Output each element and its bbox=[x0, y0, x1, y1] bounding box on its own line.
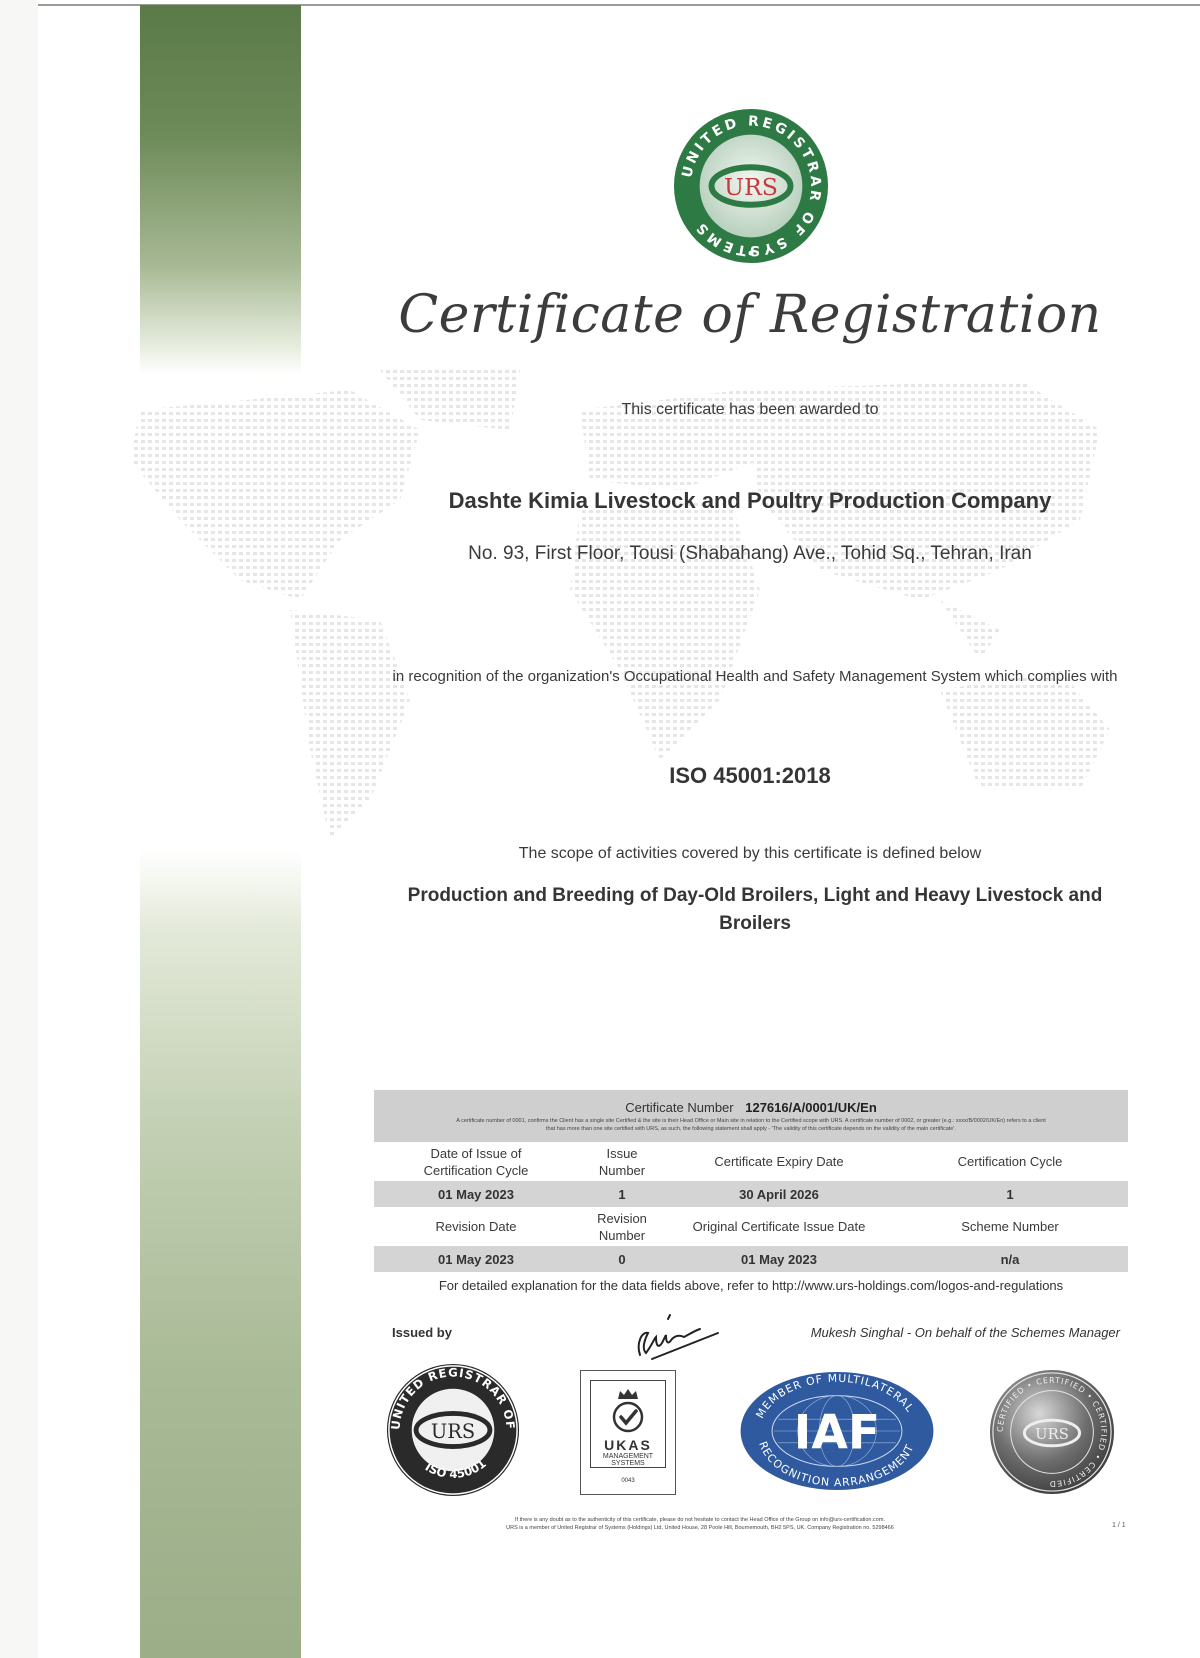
footer-text: If there is any doubt as to the authenti… bbox=[440, 1516, 960, 1532]
label-scheme-number: Scheme Number bbox=[892, 1207, 1128, 1246]
label-certification-cycle: Certification Cycle bbox=[892, 1142, 1128, 1181]
ukas-line2: SYSTEMS bbox=[580, 1460, 676, 1467]
value-scheme-number: n/a bbox=[892, 1246, 1128, 1272]
issued-by-label: Issued by bbox=[392, 1325, 452, 1340]
signature-image bbox=[622, 1305, 722, 1365]
label-expiry-date: Certificate Expiry Date bbox=[666, 1142, 892, 1181]
details-grid: Date of Issue of Certification Cycle Iss… bbox=[374, 1142, 1128, 1272]
certificate-number-note: A certificate number of 0001, confirms t… bbox=[374, 1117, 1128, 1133]
value-expiry-date: 30 April 2026 bbox=[666, 1181, 892, 1207]
certificate-number-bar: Certificate Number 127616/A/0001/UK/En A… bbox=[374, 1090, 1128, 1142]
explanation-text: For detailed explanation for the data fi… bbox=[374, 1278, 1128, 1293]
svg-text:URS: URS bbox=[724, 173, 778, 201]
green-band-bottom bbox=[140, 850, 301, 1658]
certificate-title: Certificate of Registration bbox=[360, 285, 1140, 345]
label-issue-number: Issue Number bbox=[578, 1142, 666, 1181]
scope-text: Production and Breeding of Day-Old Broil… bbox=[400, 882, 1110, 938]
scan-margin bbox=[0, 0, 38, 1658]
awarded-to-intro: This certificate has been awarded to bbox=[360, 401, 1140, 419]
ukas-logo: UKAS MANAGEMENT SYSTEMS 0043 bbox=[580, 1370, 676, 1495]
value-revision-number: 0 bbox=[578, 1246, 666, 1272]
urs-iso45001-logo: UNITED REGISTRAR OF SYSTEMS ISO 45001 UR… bbox=[385, 1362, 521, 1498]
crown-check-icon bbox=[610, 1385, 646, 1435]
value-issue-date: 01 May 2023 bbox=[374, 1181, 578, 1207]
note-line: that has more than one site certified wi… bbox=[382, 1125, 1120, 1133]
company-address: No. 93, First Floor, Tousi (Shabahang) A… bbox=[360, 543, 1140, 565]
ukas-line1: MANAGEMENT bbox=[580, 1453, 676, 1460]
svg-text:URS: URS bbox=[1035, 1426, 1069, 1443]
standard-name: ISO 45001:2018 bbox=[360, 763, 1140, 789]
value-revision-date: 01 May 2023 bbox=[374, 1246, 578, 1272]
scope-intro: The scope of activities covered by this … bbox=[360, 845, 1140, 863]
label-revision-date: Revision Date bbox=[374, 1207, 578, 1246]
certificate-number: 127616/A/0001/UK/En bbox=[745, 1100, 877, 1115]
certificate-number-label: Certificate Number bbox=[625, 1100, 733, 1115]
value-certification-cycle: 1 bbox=[892, 1181, 1128, 1207]
urs-certified-seal: CERTIFIED • CERTIFIED • CERTIFIED • CERT… bbox=[988, 1368, 1116, 1496]
svg-text:IAF: IAF bbox=[794, 1406, 880, 1461]
green-band-top bbox=[140, 5, 301, 375]
ukas-number: 0043 bbox=[580, 1478, 676, 1484]
note-line: A certificate number of 0001, confirms t… bbox=[382, 1117, 1120, 1125]
urs-logo-top: UNITED REGISTRAR OF SYSTEMS URS bbox=[672, 107, 830, 265]
recognition-text: in recognition of the organization's Occ… bbox=[370, 668, 1140, 685]
iaf-logo: MEMBER OF MULTILATERAL RECOGNITION ARRAN… bbox=[738, 1370, 936, 1492]
company-name: Dashte Kimia Livestock and Poultry Produ… bbox=[360, 488, 1140, 514]
signer-name: Mukesh Singhal - On behalf of the Scheme… bbox=[790, 1325, 1120, 1340]
value-issue-number: 1 bbox=[578, 1181, 666, 1207]
label-revision-number: Revision Number bbox=[578, 1207, 666, 1246]
footer-line: If there is any doubt as to the authenti… bbox=[440, 1516, 960, 1524]
label-issue-date: Date of Issue of Certification Cycle bbox=[374, 1142, 578, 1181]
certificate-number-line: Certificate Number 127616/A/0001/UK/En bbox=[374, 1100, 1128, 1115]
svg-text:URS: URS bbox=[431, 1420, 475, 1443]
ukas-name: UKAS bbox=[580, 1437, 676, 1453]
value-original-issue-date: 01 May 2023 bbox=[666, 1246, 892, 1272]
page-number: 1 / 1 bbox=[1112, 1522, 1126, 1529]
certificate-details-table: Certificate Number 127616/A/0001/UK/En A… bbox=[374, 1090, 1128, 1272]
world-map-watermark bbox=[120, 370, 1180, 890]
label-original-issue-date: Original Certificate Issue Date bbox=[666, 1207, 892, 1246]
footer-line: URS is a member of United Registrar of S… bbox=[440, 1524, 960, 1532]
